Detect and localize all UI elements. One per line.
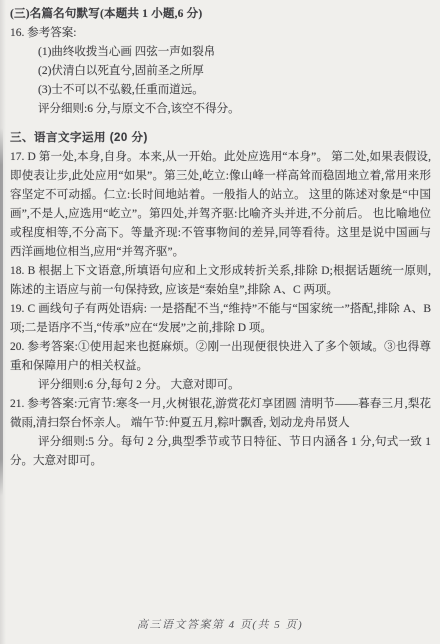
section-heading-language-use: 三、语言文字运用 (20 分) — [10, 129, 431, 148]
q16-answer-line-2: (2)伏清白以死直兮,固前圣之所厚 — [10, 62, 431, 81]
q16-scoring-rubric: 评分细则:6 分,与原文不合,该空不得分。 — [10, 100, 431, 119]
q18-answer-explanation: 18. B 根据上下文语意,所填语句应和上文形成转折关系,排除 D;根据话题统一… — [10, 262, 431, 300]
scanned-answer-sheet-page: (三)名篇名句默写(本题共 1 小题,6 分) 16. 参考答案: (1)曲终收… — [0, 0, 440, 644]
section-heading-dictation: (三)名篇名句默写(本题共 1 小题,6 分) — [10, 5, 431, 24]
document-body: (三)名篇名句默写(本题共 1 小题,6 分) 16. 参考答案: (1)曲终收… — [10, 5, 431, 471]
footer-page-label: 高三语文答案第 4 页(共 5 页) — [137, 619, 303, 631]
page-footer: 高三语文答案第 4 页(共 5 页) — [0, 616, 440, 632]
q19-answer-explanation: 19. C 画线句子有两处语病: 一是搭配不当,“维持”不能与“国家统一”搭配,… — [10, 300, 431, 338]
q16-answer-label: 16. 参考答案: — [10, 24, 431, 43]
q16-answer-line-1: (1)曲终收拨当心画 四弦一声如裂帛 — [10, 43, 431, 62]
q21-scoring-rubric: 评分细则:5 分。每句 2 分,典型季节或节日特征、节日内涵各 1 分,句式一致… — [10, 433, 431, 471]
scan-edge-shading — [0, 0, 6, 644]
scan-edge-line — [0, 128, 3, 496]
q20-scoring-rubric: 评分细则:6 分,每句 2 分。 大意对即可。 — [10, 376, 431, 395]
q21-answer: 21. 参考答案:元宵节:寒冬一月,火树银花,游赏花灯享团圆 清明节——暮春三月… — [10, 395, 431, 433]
q16-answer-line-3: (3)士不可以不弘毅,任重而道远。 — [10, 81, 431, 100]
q20-answer: 20. 参考答案:①使用起来也挺麻烦。②刚一出现便很快进入了多个领域。③也得尊重… — [10, 338, 431, 376]
q17-answer-explanation: 17. D 第一处,本身,自身。本来,从一开始。此处应选用“本身”。 第二处,如… — [10, 148, 431, 262]
